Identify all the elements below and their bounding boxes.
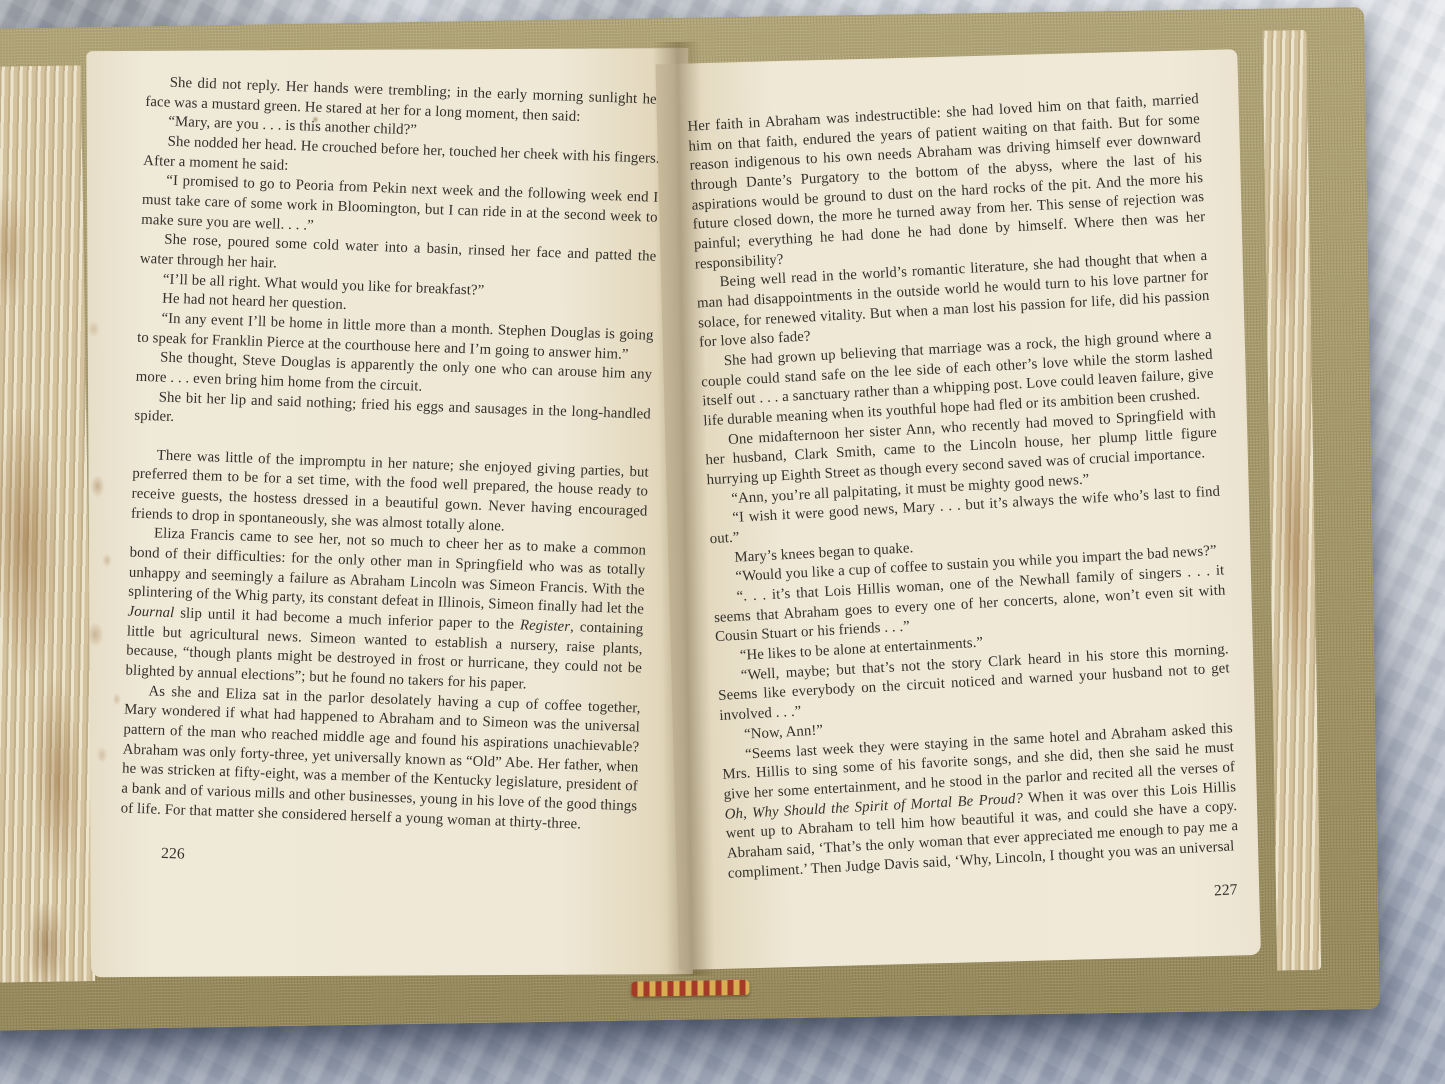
right-page-text: Her faith in Abraham was indestructible:… — [687, 90, 1242, 928]
right-page-paragraphs: Her faith in Abraham was indestructible:… — [687, 90, 1240, 884]
open-book: She did not reply. Her hands were trembl… — [0, 7, 1380, 1031]
paragraph: Her faith in Abraham was indestructible:… — [687, 90, 1207, 275]
right-page-number: 227 — [730, 880, 1242, 928]
paragraph: As she and Eliza sat in the parlor desol… — [120, 681, 640, 837]
left-page-number: 226 — [119, 843, 635, 882]
spine-headband — [631, 980, 749, 997]
book-photo-scene: She did not reply. Her hands were trembl… — [0, 0, 1445, 1084]
left-page-text: She did not reply. Her hands were trembl… — [119, 73, 662, 881]
paragraph: “Seems last week they were staying in th… — [721, 719, 1240, 884]
page-edges-left — [0, 65, 95, 983]
left-page-paragraphs: She did not reply. Her hands were trembl… — [120, 73, 662, 837]
right-page: Her faith in Abraham was indestructible:… — [655, 49, 1261, 970]
left-page: She did not reply. Her hands were trembl… — [86, 48, 693, 977]
paragraph: Eliza Francis came to see her, not so mu… — [125, 524, 646, 699]
